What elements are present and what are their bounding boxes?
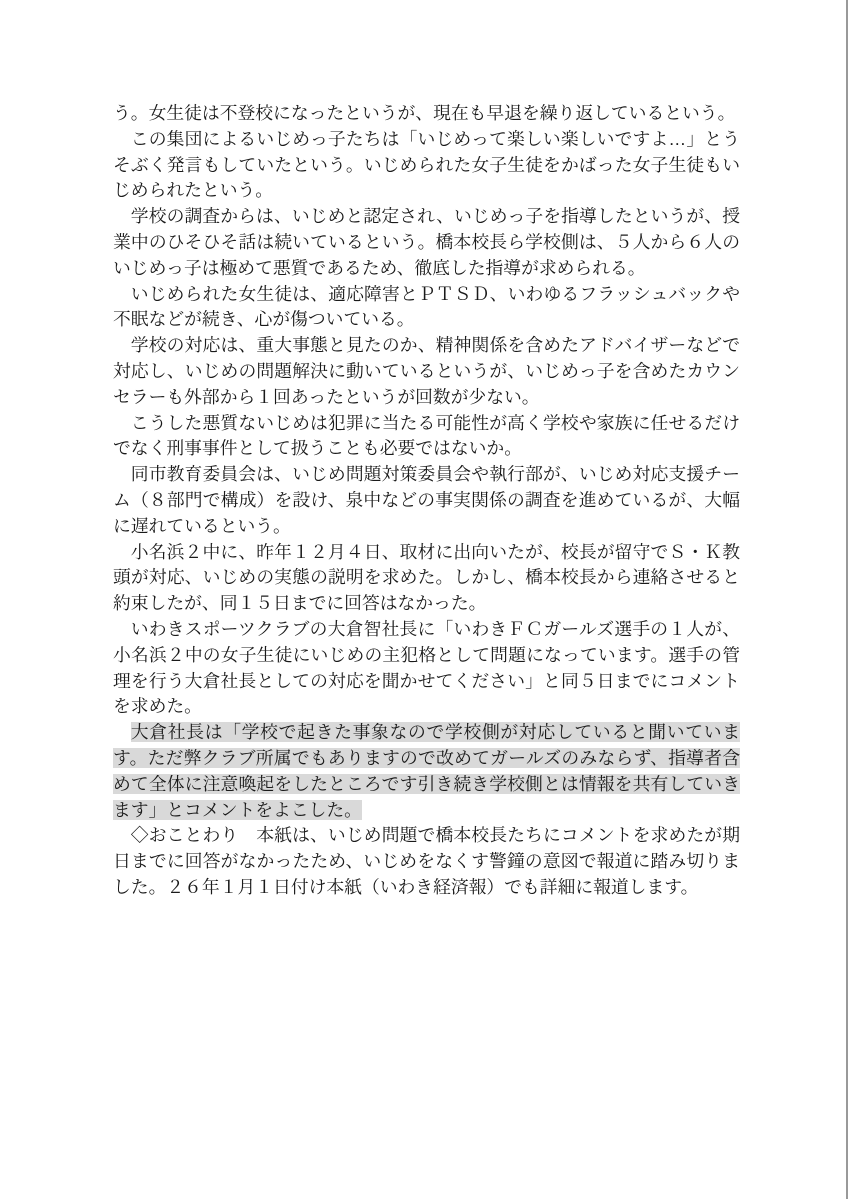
paragraph: こうした悪質ないじめは犯罪に当たる可能性が高く学校や家族に任せるだけでなく刑事事… — [113, 411, 740, 463]
document-page: う。女生徒は不登校になったというが、現在も早退を繰り返しているという。この集団に… — [0, 0, 848, 1199]
paragraph-text: 学校の対応は、重大事態と見たのか、精神関係を含めたアドバイザーなどで対応し、いじ… — [113, 335, 740, 407]
paragraph: 小名浜２中に、昨年１２月４日、取材に出向いたが、校長が留守でＳ・Ｋ教頭が対応、い… — [113, 540, 740, 617]
paragraph-text: 小名浜２中に、昨年１２月４日、取材に出向いたが、校長が留守でＳ・Ｋ教頭が対応、い… — [113, 542, 740, 614]
paragraph-text: ◇おことわり 本紙は、いじめ問題で橋本校長たちにコメントを求めたが期日までに回答… — [113, 825, 740, 897]
paragraph-text: 大倉社長は「学校で起きた事象なので学校側が対応していると聞いています。ただ弊クラ… — [113, 722, 740, 819]
paragraph-text: いじめられた女生徒は、適応障害とＰＴＳＤ、いわゆるフラッシュバックや不眠などが続… — [113, 284, 740, 330]
paragraph: ◇おことわり 本紙は、いじめ問題で橋本校長たちにコメントを求めたが期日までに回答… — [113, 823, 740, 900]
paragraph-highlighted: 大倉社長は「学校で起きた事象なので学校側が対応していると聞いています。ただ弊クラ… — [113, 720, 740, 823]
paragraph-text: 同市教育委員会は、いじめ問題対策委員会や執行部が、いじめ対応支援チーム（８部門で… — [113, 464, 740, 536]
paragraph-text: この集団によるいじめっ子たちは「いじめって楽しい楽しいですよ…」とうそぶく発言も… — [113, 129, 740, 201]
paragraph: この集団によるいじめっ子たちは「いじめって楽しい楽しいですよ…」とうそぶく発言も… — [113, 127, 740, 204]
article-text: う。女生徒は不登校になったというが、現在も早退を繰り返しているという。この集団に… — [113, 101, 740, 901]
paragraph-text: いわきスポーツクラブの大倉智社長に「いわきＦＣガールズ選手の１人が、小名浜２中の… — [113, 619, 740, 716]
paragraph-text: こうした悪質ないじめは犯罪に当たる可能性が高く学校や家族に任せるだけでなく刑事事… — [113, 413, 740, 459]
paragraph: 学校の調査からは、いじめと認定され、いじめっ子を指導したというが、授業中のひそひ… — [113, 204, 740, 281]
paragraph: 学校の対応は、重大事態と見たのか、精神関係を含めたアドバイザーなどで対応し、いじ… — [113, 333, 740, 410]
paragraph-text: う。女生徒は不登校になったというが、現在も早退を繰り返しているという。 — [113, 103, 735, 123]
paragraph: う。女生徒は不登校になったというが、現在も早退を繰り返しているという。 — [113, 101, 740, 127]
paragraph-text: 学校の調査からは、いじめと認定され、いじめっ子を指導したというが、授業中のひそひ… — [113, 206, 740, 278]
paragraph: いわきスポーツクラブの大倉智社長に「いわきＦＣガールズ選手の１人が、小名浜２中の… — [113, 617, 740, 720]
paragraph: いじめられた女生徒は、適応障害とＰＴＳＤ、いわゆるフラッシュバックや不眠などが続… — [113, 282, 740, 334]
paragraph: 同市教育委員会は、いじめ問題対策委員会や執行部が、いじめ対応支援チーム（８部門で… — [113, 462, 740, 539]
